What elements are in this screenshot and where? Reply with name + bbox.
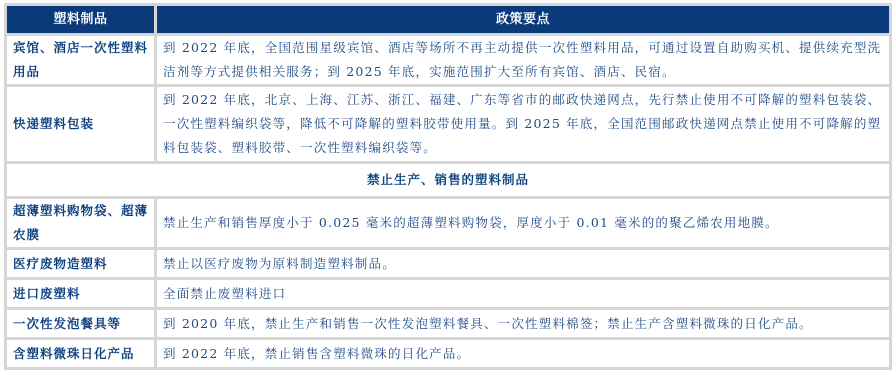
product-cell: 一次性发泡餐具等 (6, 309, 156, 339)
policy-cell: 到 2022 年底，禁止销售含塑料微珠的日化产品。 (156, 339, 891, 369)
product-cell: 宾馆、酒店一次性塑料用品 (6, 35, 156, 86)
table-row: 快递塑料包装 到 2022 年底，北京、上海、江苏、浙江、福建、广东等省市的邮政… (6, 86, 891, 163)
table-row: 进口废塑料 全面禁止废塑料进口 (6, 279, 891, 309)
section-header-row: 禁止生产、销售的塑料制品 (6, 163, 891, 198)
header-product: 塑料制品 (6, 5, 156, 35)
product-cell: 医疗废物造塑料 (6, 249, 156, 279)
plastic-policy-table: 塑料制品 政策要点 宾馆、酒店一次性塑料用品 到 2022 年底，全国范围星级宾… (4, 3, 892, 370)
policy-cell: 到 2020 年底，禁止生产和销售一次性发泡塑料餐具、一次性塑料棉签；禁止生产含… (156, 309, 891, 339)
table-header-row: 塑料制品 政策要点 (6, 5, 891, 35)
header-policy: 政策要点 (156, 5, 891, 35)
product-cell: 超薄塑料购物袋、超薄农膜 (6, 198, 156, 249)
policy-cell: 到 2022 年底，北京、上海、江苏、浙江、福建、广东等省市的邮政快递网点，先行… (156, 86, 891, 163)
policy-cell: 禁止生产和销售厚度小于 0.025 毫米的超薄塑料购物袋，厚度小于 0.01 毫… (156, 198, 891, 249)
table-row: 医疗废物造塑料 禁止以医疗废物为原料制造塑料制品。 (6, 249, 891, 279)
table-row: 宾馆、酒店一次性塑料用品 到 2022 年底，全国范围星级宾馆、酒店等场所不再主… (6, 35, 891, 86)
product-cell: 进口废塑料 (6, 279, 156, 309)
table-row: 含塑料微珠日化产品 到 2022 年底，禁止销售含塑料微珠的日化产品。 (6, 339, 891, 369)
table-row: 一次性发泡餐具等 到 2020 年底，禁止生产和销售一次性发泡塑料餐具、一次性塑… (6, 309, 891, 339)
policy-cell: 到 2022 年底，全国范围星级宾馆、酒店等场所不再主动提供一次性塑料用品，可通… (156, 35, 891, 86)
policy-table-container: 塑料制品 政策要点 宾馆、酒店一次性塑料用品 到 2022 年底，全国范围星级宾… (0, 0, 894, 379)
section-title: 禁止生产、销售的塑料制品 (6, 163, 891, 198)
policy-cell: 全面禁止废塑料进口 (156, 279, 891, 309)
table-row: 超薄塑料购物袋、超薄农膜 禁止生产和销售厚度小于 0.025 毫米的超薄塑料购物… (6, 198, 891, 249)
product-cell: 快递塑料包装 (6, 86, 156, 163)
product-cell: 含塑料微珠日化产品 (6, 339, 156, 369)
policy-cell: 禁止以医疗废物为原料制造塑料制品。 (156, 249, 891, 279)
